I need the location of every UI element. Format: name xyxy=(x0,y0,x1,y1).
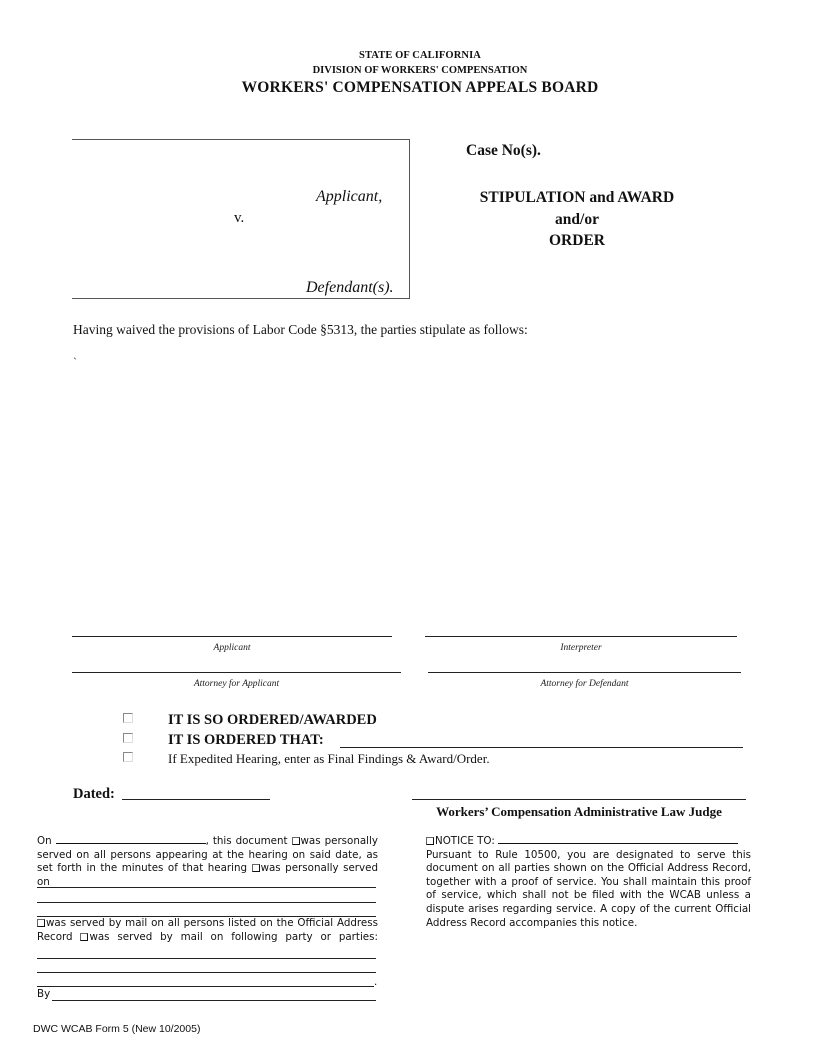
personally-hearing-checkbox[interactable] xyxy=(292,837,300,845)
attorney-applicant-signature-line[interactable] xyxy=(72,672,401,673)
so-ordered-checkbox[interactable] xyxy=(123,713,133,723)
ordered-that-checkbox[interactable] xyxy=(123,733,133,743)
interpreter-signature-label: Interpreter xyxy=(425,643,737,653)
mail-parties-line-3[interactable] xyxy=(37,986,374,987)
period-mark: . xyxy=(374,976,377,990)
dated-field-line[interactable] xyxy=(122,799,270,800)
notice-to-field[interactable] xyxy=(498,834,738,844)
ordered-that-label: IT IS ORDERED THAT: xyxy=(168,732,324,749)
notice-checkbox[interactable] xyxy=(426,837,434,845)
form-id: DWC WCAB Form 5 (New 10/2005) xyxy=(33,1023,200,1035)
interpreter-signature-line[interactable] xyxy=(425,636,737,637)
dated-label: Dated: xyxy=(73,786,115,803)
title-line-2: and/or xyxy=(440,209,714,231)
applicant-label: Applicant, xyxy=(316,188,382,206)
service-para-1: On , this document was personally served… xyxy=(37,834,378,889)
defendant-label: Defendant(s). xyxy=(306,279,394,297)
by-label: By xyxy=(37,988,50,1002)
notice-header: NOTICE TO: xyxy=(426,834,751,849)
by-signature-line[interactable] xyxy=(52,1000,376,1001)
expedited-checkbox[interactable] xyxy=(123,752,133,762)
attorney-applicant-signature-label: Attorney for Applicant xyxy=(72,679,401,689)
notice-block: NOTICE TO: Pursuant to Rule 10500, you a… xyxy=(426,834,751,930)
versus-label: v. xyxy=(234,210,244,227)
notice-text: Pursuant to Rule 10500, you are designat… xyxy=(426,849,751,931)
header-board: WORKERS' COMPENSATION APPEALS BOARD xyxy=(0,79,816,97)
mail-parties-line-1[interactable] xyxy=(37,958,376,959)
ordered-that-line[interactable] xyxy=(340,747,743,748)
service-block: On , this document was personally served… xyxy=(37,834,378,889)
title-line-1: STIPULATION and AWARD xyxy=(440,187,714,209)
served-on-line-1[interactable] xyxy=(37,887,376,888)
judge-signature-line[interactable] xyxy=(412,799,746,800)
personally-served-checkbox[interactable] xyxy=(252,864,260,872)
service-date-field[interactable] xyxy=(56,834,206,844)
header-division: DIVISION OF WORKERS' COMPENSATION xyxy=(0,65,816,76)
mail-parties-line-2[interactable] xyxy=(37,972,376,973)
served-on-line-2[interactable] xyxy=(37,902,376,903)
applicant-signature-line[interactable] xyxy=(72,636,392,637)
attorney-defendant-signature-label: Attorney for Defendant xyxy=(428,679,741,689)
mail-oar-checkbox[interactable] xyxy=(37,919,45,927)
so-ordered-label: IT IS SO ORDERED/AWARDED xyxy=(168,712,377,729)
stray-mark: ` xyxy=(73,355,77,370)
attorney-defendant-signature-line[interactable] xyxy=(428,672,741,673)
case-number-label: Case No(s). xyxy=(466,142,541,160)
expedited-label: If Expedited Hearing, enter as Final Fin… xyxy=(168,751,490,767)
service-mail-block: was served by mail on all persons listed… xyxy=(37,917,378,944)
header-state: STATE OF CALIFORNIA xyxy=(0,50,816,61)
mail-parties-checkbox[interactable] xyxy=(80,933,88,941)
document-title: STIPULATION and AWARD and/or ORDER xyxy=(440,187,714,252)
applicant-signature-label: Applicant xyxy=(72,643,392,653)
title-line-3: ORDER xyxy=(440,230,714,252)
judge-label: Workers’ Compensation Administrative Law… xyxy=(412,804,746,820)
stipulation-intro: Having waived the provisions of Labor Co… xyxy=(73,322,528,338)
